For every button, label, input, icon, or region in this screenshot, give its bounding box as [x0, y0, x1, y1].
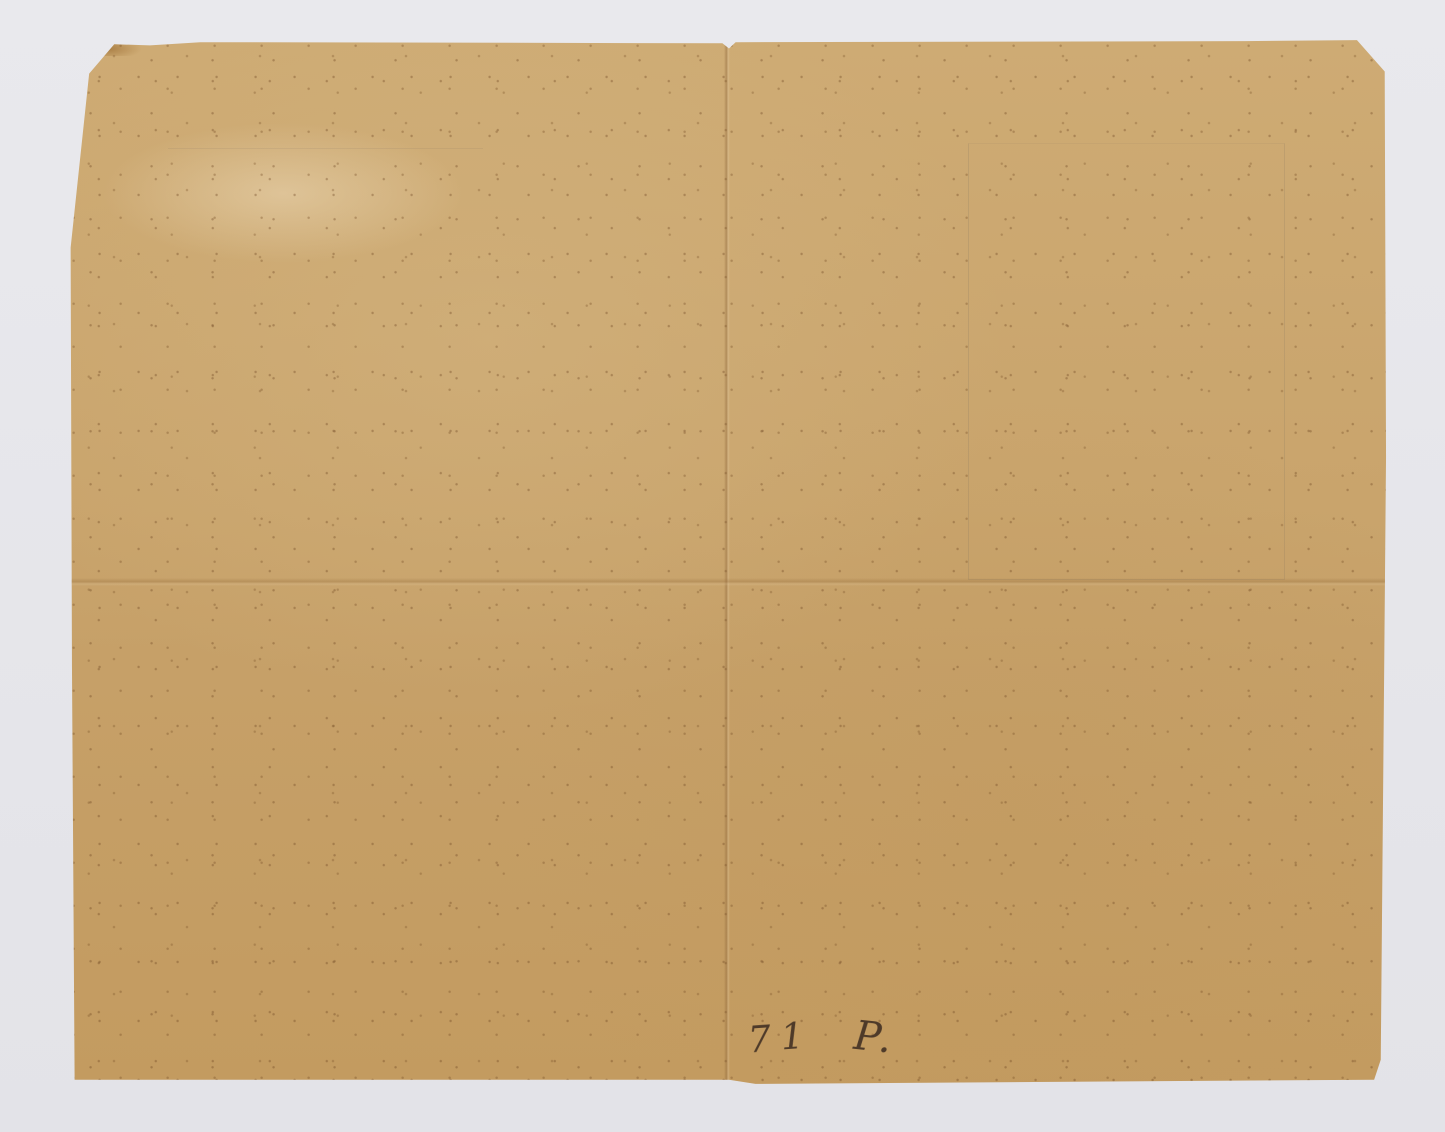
handwritten-number: 71 — [747, 1015, 816, 1060]
aged-paper-sheet: 71 P. — [68, 38, 1390, 1086]
horizontal-fold-crease — [68, 578, 1390, 586]
bleed-through-rectangle — [968, 143, 1285, 580]
handwritten-letter: P. — [852, 1013, 900, 1063]
handwritten-annotation: 71 P. — [748, 1013, 918, 1063]
vertical-fold-crease — [724, 38, 730, 1086]
bleed-through-mark-left — [168, 148, 483, 229]
